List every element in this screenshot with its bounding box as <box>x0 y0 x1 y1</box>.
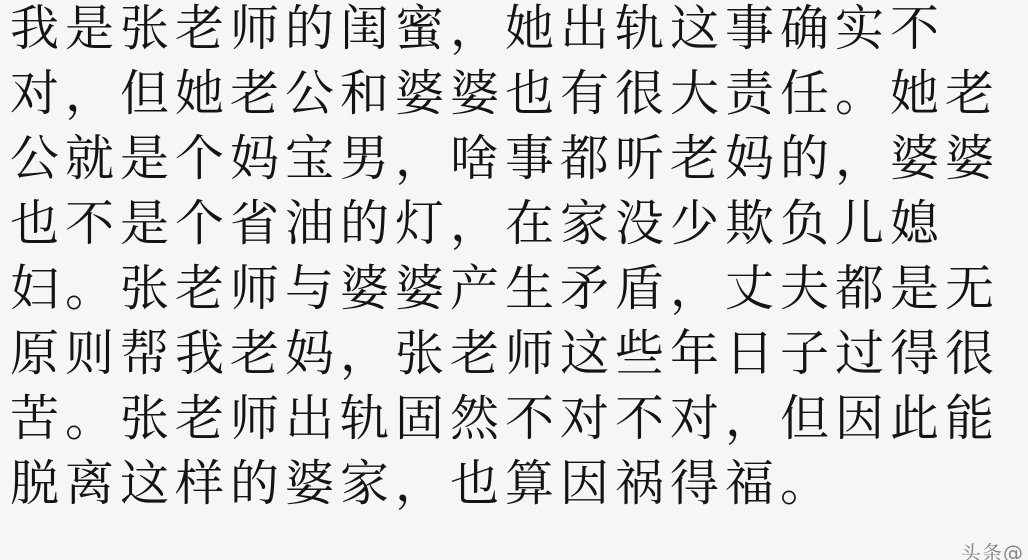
comment-text-block: 我是张老师的闺蜜，她出轨这事确实不 对，但她老公和婆婆也有很大责任。她老 公就是… <box>10 0 1020 516</box>
text-line-5: 妇。张老师与婆婆产生矛盾，丈夫都是无 <box>10 256 1020 321</box>
text-line-7: 苦。张老师出轨固然不对不对，但因此能 <box>10 386 1020 451</box>
watermark: 头条@ <box>961 537 1024 560</box>
text-line-8: 脱离这样的婆家，也算因祸得福。 <box>10 451 1020 516</box>
text-line-4: 也不是个省油的灯，在家没少欺负儿媳 <box>10 191 1020 256</box>
text-line-3: 公就是个妈宝男，啥事都听老妈的，婆婆 <box>10 126 1020 191</box>
text-line-1: 我是张老师的闺蜜，她出轨这事确实不 <box>10 0 1020 61</box>
text-line-6: 原则帮我老妈，张老师这些年日子过得很 <box>10 321 1020 386</box>
screenshot-page: 我是张老师的闺蜜，她出轨这事确实不 对，但她老公和婆婆也有很大责任。她老 公就是… <box>0 0 1028 560</box>
text-line-2: 对，但她老公和婆婆也有很大责任。她老 <box>10 61 1020 126</box>
